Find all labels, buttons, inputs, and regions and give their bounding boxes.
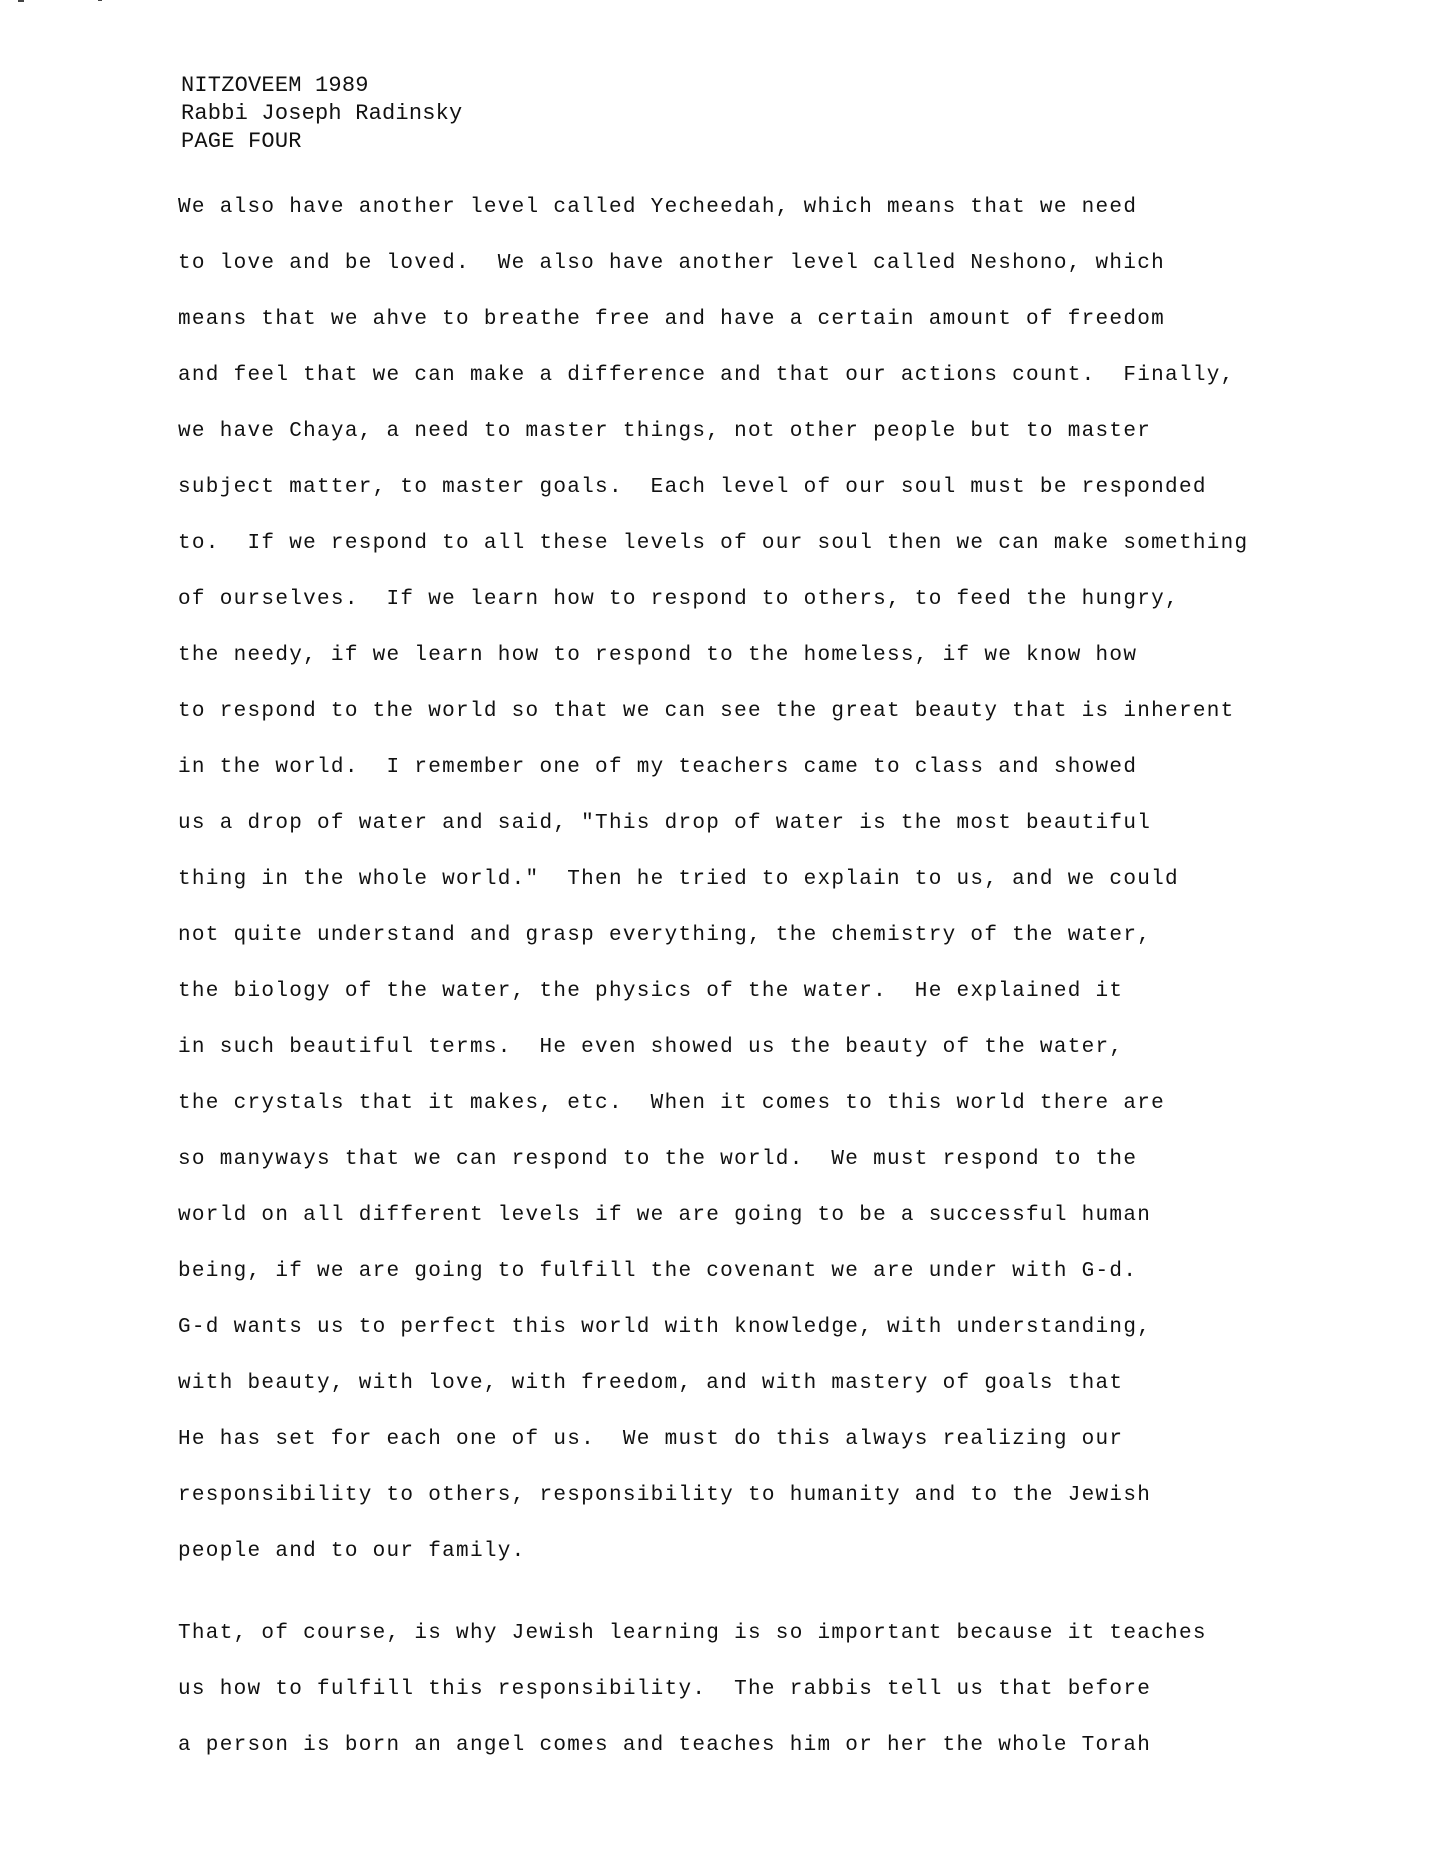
text-line: thing in the whole world." Then he tried…: [178, 852, 1248, 908]
text-line: of ourselves. If we learn how to respond…: [178, 572, 1248, 628]
header-page-number: PAGE FOUR: [181, 128, 462, 156]
text-line: G-d wants us to perfect this world with …: [178, 1300, 1248, 1356]
text-line: means that we ahve to breathe free and h…: [178, 292, 1248, 348]
text-line: in the world. I remember one of my teach…: [178, 740, 1248, 796]
text-line: in such beautiful terms. He even showed …: [178, 1020, 1248, 1076]
document-header: NITZOVEEM 1989 Rabbi Joseph Radinsky PAG…: [181, 72, 462, 156]
text-line: to. If we respond to all these levels of…: [178, 516, 1248, 572]
text-line: so manyways that we can respond to the w…: [178, 1132, 1248, 1188]
text-line: the biology of the water, the physics of…: [178, 964, 1248, 1020]
document-page: NITZOVEEM 1989 Rabbi Joseph Radinsky PAG…: [0, 0, 1430, 1851]
text-line: we have Chaya, a need to master things, …: [178, 404, 1248, 460]
text-line: the crystals that it makes, etc. When it…: [178, 1076, 1248, 1132]
scan-artifact: [98, 0, 102, 1]
text-line: That, of course, is why Jewish learning …: [178, 1606, 1248, 1662]
text-line: responsibility to others, responsibility…: [178, 1468, 1248, 1524]
paragraph: We also have another level called Yechee…: [178, 180, 1248, 1580]
text-line: with beauty, with love, with freedom, an…: [178, 1356, 1248, 1412]
text-line: to respond to the world so that we can s…: [178, 684, 1248, 740]
text-line: not quite understand and grasp everythin…: [178, 908, 1248, 964]
header-title: NITZOVEEM 1989: [181, 72, 462, 100]
paragraph-gap: [178, 1580, 1248, 1606]
scan-artifact: [18, 0, 24, 2]
text-line: us how to fulfill this responsibility. T…: [178, 1662, 1248, 1718]
text-line: being, if we are going to fulfill the co…: [178, 1244, 1248, 1300]
header-author: Rabbi Joseph Radinsky: [181, 100, 462, 128]
paragraph: That, of course, is why Jewish learning …: [178, 1606, 1248, 1774]
text-line: us a drop of water and said, "This drop …: [178, 796, 1248, 852]
text-line: subject matter, to master goals. Each le…: [178, 460, 1248, 516]
text-line: a person is born an angel comes and teac…: [178, 1718, 1248, 1774]
text-line: people and to our family.: [178, 1524, 1248, 1580]
text-line: world on all different levels if we are …: [178, 1188, 1248, 1244]
text-line: We also have another level called Yechee…: [178, 180, 1248, 236]
text-line: to love and be loved. We also have anoth…: [178, 236, 1248, 292]
text-line: the needy, if we learn how to respond to…: [178, 628, 1248, 684]
text-line: and feel that we can make a difference a…: [178, 348, 1248, 404]
text-line: He has set for each one of us. We must d…: [178, 1412, 1248, 1468]
document-body: We also have another level called Yechee…: [178, 180, 1248, 1774]
